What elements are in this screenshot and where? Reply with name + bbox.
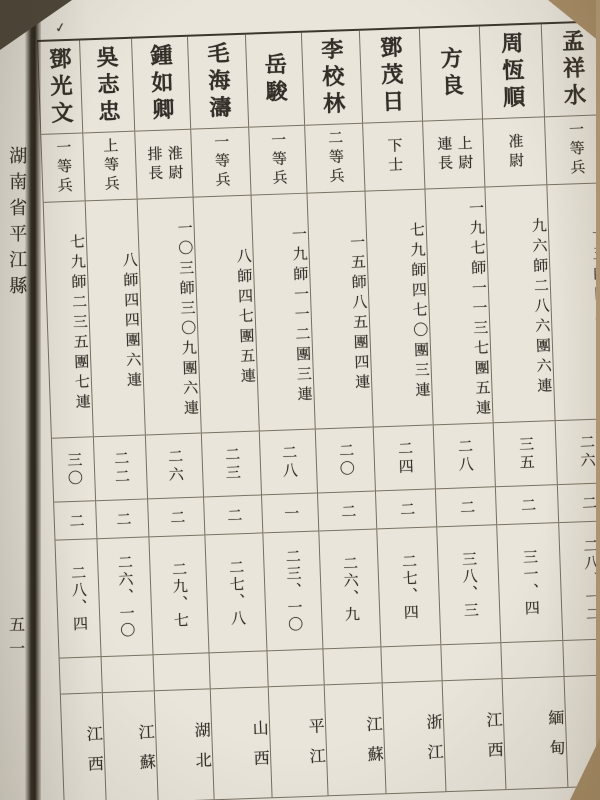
unit-cell: 一九師一一二團三連 [252, 193, 315, 431]
origin-cell: 江蘇 [103, 690, 158, 800]
rank-cell: 淮尉 排長 [135, 129, 192, 199]
empty-cell [154, 652, 210, 690]
number-cell: 二 [436, 486, 496, 526]
name-cell: 毛海濤 [188, 35, 248, 129]
date-cell: 二三、一〇 [263, 530, 322, 650]
number-cell: 二 [558, 482, 600, 522]
rank-cell: 一等兵 [249, 125, 306, 195]
number-cell: 二 [96, 498, 148, 538]
unit-cell: 一九七師一一三七團五連 [425, 186, 492, 424]
rank-cell: 下士 [363, 121, 424, 191]
rank-cell: 二等兵 [305, 123, 364, 193]
number-cell: 二 [204, 494, 262, 534]
number-cell: 二 [54, 500, 96, 539]
empty-cell [102, 654, 154, 692]
number-cell: 三五 [494, 420, 557, 486]
rank-cell: 上尉 連長 [423, 119, 484, 189]
unit-cell: 九六師二八六團六連 [485, 184, 554, 422]
date-cell: 三一、四 [497, 522, 562, 642]
date-cell: 三八、三 [437, 524, 500, 644]
date-cell: 二六、一〇 [97, 536, 152, 656]
number-cell: 二六 [146, 433, 203, 499]
origin-cell: 緬甸 [503, 676, 568, 790]
name-cell: 周恆順 [480, 24, 544, 118]
origin-cell: 湖北 [155, 688, 214, 800]
check-mark: ✓ [54, 19, 68, 37]
unit-cell: 一五師八五團四連 [307, 191, 372, 429]
name-cell: 岳駿 [246, 33, 304, 127]
number-cell: 二三 [202, 430, 261, 496]
empty-cell [563, 638, 600, 676]
name-cell: 李校林 [302, 31, 362, 125]
date-cell: 二九、七 [149, 534, 208, 654]
empty-cell [267, 648, 323, 686]
number-cell: 二 [376, 488, 436, 528]
origin-cell: 江西 [443, 678, 506, 792]
date-cell: 二八、四 [55, 538, 100, 657]
empty-cell [209, 650, 267, 688]
name-cell: 鄧茂日 [360, 29, 422, 123]
number-cell: 二八 [260, 429, 317, 495]
origin-cell: 浙江 [383, 680, 446, 794]
origin-cell: 平江 [269, 684, 328, 798]
date-cell: 二七、四 [377, 526, 440, 646]
empty-cell [60, 656, 102, 693]
name-cell: 吳志忠 [80, 39, 134, 133]
roster-table: 孟祥水 一等兵 一五師四五團五連 二六 二 二八、一二 湖北 周恆順 准尉 九六… [37, 20, 600, 800]
date-cell: 二七、八 [205, 532, 266, 652]
number-cell: 二 [148, 496, 204, 536]
rank-cell: 准尉 [483, 116, 546, 186]
number-cell: 二 [318, 490, 376, 530]
unit-cell: 八師四七團五連 [194, 195, 259, 433]
rank-cell: 上等兵 [83, 131, 136, 201]
origin-cell: 江蘇 [325, 682, 386, 796]
date-cell: 二八、一二 [559, 520, 600, 640]
empty-cell [323, 646, 381, 684]
rank-cell: 一等兵 [545, 114, 600, 184]
book-page-edges [596, 0, 600, 800]
scanned-book-page: ✓ 湖南省平江縣 五一 孟祥水 一等兵 一五師四五團五連 二六 二 二八、一二 … [0, 0, 600, 800]
unit-cell: 七九師四七〇團三連 [365, 189, 432, 427]
name-cell: 孟祥水 [542, 22, 600, 116]
origin-cell: 山西 [211, 686, 272, 800]
name-cell: 鄧光文 [38, 41, 82, 134]
rank-cell: 一等兵 [191, 127, 250, 197]
empty-cell [441, 642, 501, 680]
number-cell: 二八 [434, 422, 495, 488]
rank-cell: 一等兵 [41, 132, 84, 201]
number-cell: 二四 [374, 424, 435, 490]
unit-cell: 一五師四五團五連 [547, 182, 600, 420]
number-cell: 二六 [556, 418, 600, 484]
origin-cell: 江西 [61, 692, 106, 800]
empty-cell [381, 644, 441, 682]
page-number: 五一 [4, 616, 26, 664]
number-cell: 三〇 [52, 436, 95, 501]
name-cell: 鍾如卿 [132, 37, 190, 131]
date-cell: 二六、九 [319, 528, 380, 648]
binding-gutter-shadow [25, 0, 41, 800]
name-cell: 方良 [420, 27, 482, 121]
unit-cell: 一〇三師三〇九團六連 [138, 197, 201, 435]
number-cell: 二 [496, 484, 558, 524]
number-cell: 二〇 [316, 427, 375, 493]
unit-cell: 八師四四團六連 [86, 199, 145, 437]
number-cell: 二二 [94, 434, 147, 500]
empty-cell [501, 640, 563, 678]
number-cell: 一 [262, 493, 318, 533]
